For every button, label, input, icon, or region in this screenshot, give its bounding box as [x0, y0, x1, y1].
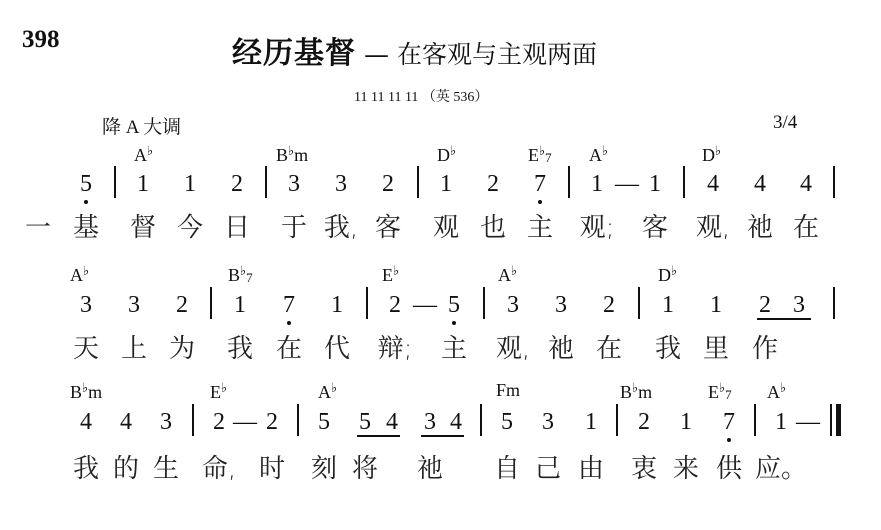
note: 5 [318, 410, 330, 434]
sustain-dash: — [615, 172, 639, 196]
note: 1 [234, 293, 246, 317]
lower-octave-dot [452, 321, 456, 325]
lyric-syllable: 命, [202, 456, 236, 482]
barline [483, 287, 485, 319]
lyric-syllable: 辩; [378, 336, 413, 362]
meter-label: 11 11 11 11 （英 536） [354, 86, 488, 106]
barline [366, 287, 368, 319]
note: 1 [591, 172, 603, 196]
barline [833, 166, 835, 198]
barline [616, 404, 618, 436]
note: 3 [80, 293, 92, 317]
final-barline-thick [836, 404, 841, 436]
lyric-syllable: 今 [177, 215, 203, 241]
final-barline-thin [830, 404, 832, 436]
lyric-syllable: 祂 [417, 456, 443, 482]
lyric-syllable: 客 [642, 215, 668, 241]
note: 2 [389, 293, 401, 317]
lyric-syllable: 我 [227, 336, 253, 362]
barline [480, 404, 482, 436]
lyric-syllable: 客 [375, 215, 401, 241]
lyric-syllable: 衷 [631, 456, 657, 482]
lyric-syllable: 里 [703, 336, 729, 362]
barline [114, 166, 116, 198]
lyric-syllable: 供 [716, 456, 742, 482]
lyric-syllable: 基 [73, 215, 99, 241]
lyric-syllable: 代 [324, 336, 350, 362]
note: 3 [507, 293, 519, 317]
sustain-dash: — [796, 410, 820, 434]
chord-symbol: E♭ [382, 264, 399, 284]
lyric-syllable: 在 [276, 336, 302, 362]
lyric-syllable: 观; [580, 215, 615, 241]
lyric-syllable: 来 [673, 456, 699, 482]
chord-symbol: B♭7 [228, 264, 253, 284]
lyric-syllable: 祂 [747, 215, 773, 241]
note: 4 [754, 172, 766, 196]
chord-symbol: B♭m [620, 381, 652, 401]
lyric-syllable: 主 [527, 215, 553, 241]
lyric-syllable: 在 [596, 336, 622, 362]
chord-symbol: A♭ [318, 381, 337, 401]
lyric-syllable: 我, [324, 215, 358, 241]
note: 7 [723, 410, 735, 434]
lyric-syllable: 一 [25, 215, 51, 241]
sustain-dash: — [413, 293, 437, 317]
lyric-syllable: 时 [259, 456, 285, 482]
note: 5 [80, 172, 92, 196]
chord-symbol: D♭ [658, 264, 677, 284]
note: 4 [386, 410, 398, 434]
barline [297, 404, 299, 436]
note: 1 [775, 410, 787, 434]
lyric-syllable: 天 [73, 336, 99, 362]
note: 4 [120, 410, 132, 434]
note: 3 [542, 410, 554, 434]
chord-symbol: D♭ [702, 144, 721, 164]
note: 2 [382, 172, 394, 196]
note: 1 [331, 293, 343, 317]
barline [833, 287, 835, 319]
lyric-syllable: 刻 [311, 456, 337, 482]
eighth-note-beam [757, 318, 811, 320]
barline [417, 166, 419, 198]
note: 1 [710, 293, 722, 317]
chord-symbol: A♭ [134, 144, 153, 164]
lyric-syllable: 观, [496, 336, 530, 362]
lyric-syllable: 日 [224, 215, 250, 241]
lower-octave-dot [538, 200, 542, 204]
note: 2 [176, 293, 188, 317]
lower-octave-dot [727, 438, 731, 442]
chord-symbol: B♭m [70, 381, 102, 401]
barline [683, 166, 685, 198]
note: 4 [707, 172, 719, 196]
note: 3 [424, 410, 436, 434]
note: 2 [213, 410, 225, 434]
barline [192, 404, 194, 436]
barline [638, 287, 640, 319]
chord-symbol: E♭7 [528, 144, 552, 164]
note: 2 [487, 172, 499, 196]
note: 1 [184, 172, 196, 196]
note: 3 [335, 172, 347, 196]
title-subtitle: — 在客观与主观两面 [364, 40, 597, 69]
note: 1 [662, 293, 674, 317]
note: 3 [128, 293, 140, 317]
lower-octave-dot [84, 200, 88, 204]
note: 5 [501, 410, 513, 434]
chord-symbol: A♭ [589, 144, 608, 164]
lyric-syllable: 应。 [755, 456, 807, 482]
lyric-syllable: 我 [655, 336, 681, 362]
note: 2 [603, 293, 615, 317]
note: 1 [440, 172, 452, 196]
lyric-syllable: 上 [121, 336, 147, 362]
sustain-dash: — [233, 410, 257, 434]
barline [265, 166, 267, 198]
lyric-syllable: 观, [696, 215, 730, 241]
lyric-syllable: 由 [578, 456, 604, 482]
chord-symbol: Fm [496, 381, 520, 399]
lyric-syllable: 主 [441, 336, 467, 362]
lyric-syllable: 祂 [548, 336, 574, 362]
lyric-syllable: 也 [480, 215, 506, 241]
eighth-note-beam [421, 435, 464, 437]
note: 5 [359, 410, 371, 434]
note: 2 [759, 293, 771, 317]
lyric-syllable: 生 [153, 456, 179, 482]
lyric-syllable: 的 [113, 456, 139, 482]
note: 1 [649, 172, 661, 196]
chord-symbol: B♭m [276, 144, 308, 164]
key-signature: 降 A 大调 [102, 112, 181, 139]
title-main: 经历基督 [232, 36, 356, 71]
hymn-number: 398 [22, 26, 60, 54]
hymn-title: 经历基督— 在客观与主观两面 [232, 28, 597, 72]
lyric-syllable: 己 [535, 456, 561, 482]
chord-symbol: D♭ [437, 144, 456, 164]
chord-symbol: E♭7 [708, 381, 732, 401]
note: 1 [680, 410, 692, 434]
note: 3 [555, 293, 567, 317]
note: 2 [266, 410, 278, 434]
note: 4 [80, 410, 92, 434]
barline [568, 166, 570, 198]
note: 2 [231, 172, 243, 196]
lyric-syllable: 于 [281, 215, 307, 241]
chord-symbol: A♭ [70, 264, 89, 284]
note: 5 [448, 293, 460, 317]
note: 3 [793, 293, 805, 317]
lyric-syllable: 作 [752, 336, 778, 362]
lyric-syllable: 督 [130, 215, 156, 241]
chord-symbol: A♭ [767, 381, 786, 401]
lyric-syllable: 我 [73, 456, 99, 482]
note: 3 [288, 172, 300, 196]
lyric-syllable: 在 [793, 215, 819, 241]
note: 1 [137, 172, 149, 196]
eighth-note-beam [357, 435, 400, 437]
lyric-syllable: 观 [433, 215, 459, 241]
barline [210, 287, 212, 319]
note: 1 [585, 410, 597, 434]
note: 2 [638, 410, 650, 434]
note: 7 [534, 172, 546, 196]
lyric-syllable: 为 [169, 336, 195, 362]
barline [754, 404, 756, 436]
chord-symbol: E♭ [210, 381, 227, 401]
lower-octave-dot [287, 321, 291, 325]
note: 7 [283, 293, 295, 317]
note: 4 [450, 410, 462, 434]
lyric-syllable: 将 [352, 456, 378, 482]
note: 4 [800, 172, 812, 196]
time-signature: 3/4 [773, 112, 797, 134]
chord-symbol: A♭ [498, 264, 517, 284]
lyric-syllable: 自 [494, 456, 520, 482]
note: 3 [160, 410, 172, 434]
